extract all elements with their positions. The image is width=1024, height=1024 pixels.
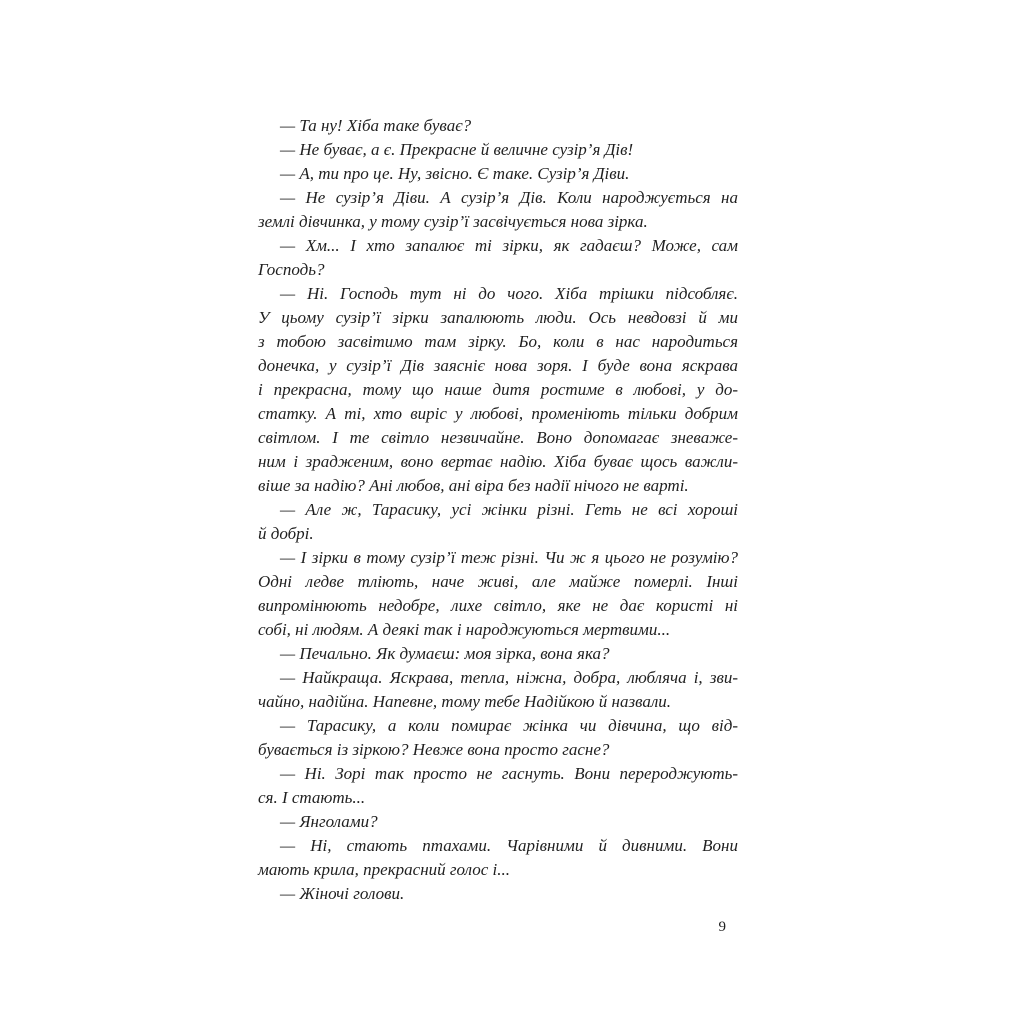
text-line: і прекрасна, тому що наше дитя ростиме в…	[258, 378, 738, 402]
text-line-content: випромінюють недобре, лихе світло, яке н…	[258, 596, 738, 615]
text-line-content: — Не сузір’я Діви. А сузір’я Дів. Коли н…	[280, 188, 738, 207]
text-line: — Ні, стають птахами. Чарівними й дивним…	[258, 834, 738, 858]
text-line-content: з тобою засвітимо там зірку. Бо, коли в …	[258, 332, 738, 351]
text-line: донечка, у сузір’ї Дів заясніє нова зоря…	[258, 354, 738, 378]
text-line: — І зірки в тому сузір’ї теж різні. Чи ж…	[258, 546, 738, 570]
text-line-content: — Але ж, Тарасику, усі жінки різні. Геть…	[280, 500, 738, 519]
text-line: — Жіночі голови.	[258, 882, 738, 906]
text-line: бувається із зіркою? Невже вона просто г…	[258, 738, 738, 762]
text-line: Одні ледве тліють, наче живі, але майже …	[258, 570, 738, 594]
text-line: землі дівчинка, у тому сузір’ї засвічуєт…	[258, 210, 738, 234]
text-line: чайно, надійна. Напевне, тому тебе Надій…	[258, 690, 738, 714]
text-line: мають крила, прекрасний голос і...	[258, 858, 738, 882]
text-line-content: — Тарасику, а коли помирає жінка чи дівч…	[280, 716, 738, 735]
text-line-content: — Жіночі голови.	[280, 884, 404, 903]
text-line: У цьому сузір’ї зірки запалюють люди. Ос…	[258, 306, 738, 330]
text-line-content: — І зірки в тому сузір’ї теж різні. Чи ж…	[280, 548, 738, 567]
text-line: — Але ж, Тарасику, усі жінки різні. Геть…	[258, 498, 738, 522]
text-line-content: собі, ні людям. А деякі так і народжують…	[258, 620, 670, 639]
text-line-content: віше за надію? Ані любов, ані віра без н…	[258, 476, 689, 495]
text-line: віше за надію? Ані любов, ані віра без н…	[258, 474, 738, 498]
text-line: — Та ну! Хіба таке буває?	[258, 114, 738, 138]
text-line-content: землі дівчинка, у тому сузір’ї засвічуєт…	[258, 212, 648, 231]
text-line-content: — А, ти про це. Ну, звісно. Є таке. Сузі…	[280, 164, 629, 183]
text-line: з тобою засвітимо там зірку. Бо, коли в …	[258, 330, 738, 354]
text-line: собі, ні людям. А деякі так і народжують…	[258, 618, 738, 642]
text-line-content: мають крила, прекрасний голос і...	[258, 860, 510, 879]
text-line-content: — Печально. Як думаєш: моя зірка, вона я…	[280, 644, 609, 663]
text-line-content: У цьому сузір’ї зірки запалюють люди. Ос…	[258, 308, 738, 327]
text-line: — Печально. Як думаєш: моя зірка, вона я…	[258, 642, 738, 666]
text-line: статку. А ті, хто виріс у любові, промен…	[258, 402, 738, 426]
text-line: — Ні. Господь тут ні до чого. Хіба трішк…	[258, 282, 738, 306]
text-line: ним і зрадженим, воно вертає надію. Хіба…	[258, 450, 738, 474]
text-line: — Найкраща. Яскрава, тепла, ніжна, добра…	[258, 666, 738, 690]
text-line-content: донечка, у сузір’ї Дів заясніє нова зоря…	[258, 356, 738, 375]
text-line-content: чайно, надійна. Напевне, тому тебе Надій…	[258, 692, 671, 711]
text-line-content: ним і зрадженим, воно вертає надію. Хіба…	[258, 452, 738, 471]
text-line-content: — Янголами?	[280, 812, 378, 831]
text-line: — Хм... І хто запалює ті зірки, як гадає…	[258, 234, 738, 258]
text-line: ся. І стають...	[258, 786, 738, 810]
text-line-content: — Ні, стають птахами. Чарівними й дивним…	[280, 836, 738, 855]
text-line-content: — Найкраща. Яскрава, тепла, ніжна, добра…	[280, 668, 738, 687]
book-page: — Та ну! Хіба таке буває?— Не буває, а є…	[0, 0, 1024, 1024]
text-line: й добрі.	[258, 522, 738, 546]
text-line: — Не буває, а є. Прекрасне й величне суз…	[258, 138, 738, 162]
text-line: Господь?	[258, 258, 738, 282]
text-line: — Ні. Зорі так просто не гаснуть. Вони п…	[258, 762, 738, 786]
text-line-content: — Та ну! Хіба таке буває?	[280, 116, 471, 135]
text-line-content: — Хм... І хто запалює ті зірки, як гадає…	[280, 236, 738, 255]
text-line-content: — Ні. Зорі так просто не гаснуть. Вони п…	[280, 764, 738, 783]
text-line: — Янголами?	[258, 810, 738, 834]
text-line-content: — Не буває, а є. Прекрасне й величне суз…	[280, 140, 633, 159]
text-line-content: бувається із зіркою? Невже вона просто г…	[258, 740, 609, 759]
text-line-content: світлом. І те світло незвичайне. Воно до…	[258, 428, 738, 447]
text-line: — А, ти про це. Ну, звісно. Є таке. Сузі…	[258, 162, 738, 186]
text-line-content: — Ні. Господь тут ні до чого. Хіба трішк…	[280, 284, 738, 303]
text-line: світлом. І те світло незвичайне. Воно до…	[258, 426, 738, 450]
text-line-content: статку. А ті, хто виріс у любові, промен…	[258, 404, 738, 423]
text-line: — Не сузір’я Діви. А сузір’я Дів. Коли н…	[258, 186, 738, 210]
text-line: — Тарасику, а коли помирає жінка чи дівч…	[258, 714, 738, 738]
text-line-content: ся. І стають...	[258, 788, 365, 807]
text-line-content: Одні ледве тліють, наче живі, але майже …	[258, 572, 738, 591]
text-line-content: Господь?	[258, 260, 324, 279]
text-column: — Та ну! Хіба таке буває?— Не буває, а є…	[258, 114, 738, 906]
page-number: 9	[258, 919, 738, 936]
text-line-content: і прекрасна, тому що наше дитя ростиме в…	[258, 380, 738, 399]
text-line: випромінюють недобре, лихе світло, яке н…	[258, 594, 738, 618]
text-line-content: й добрі.	[258, 524, 314, 543]
